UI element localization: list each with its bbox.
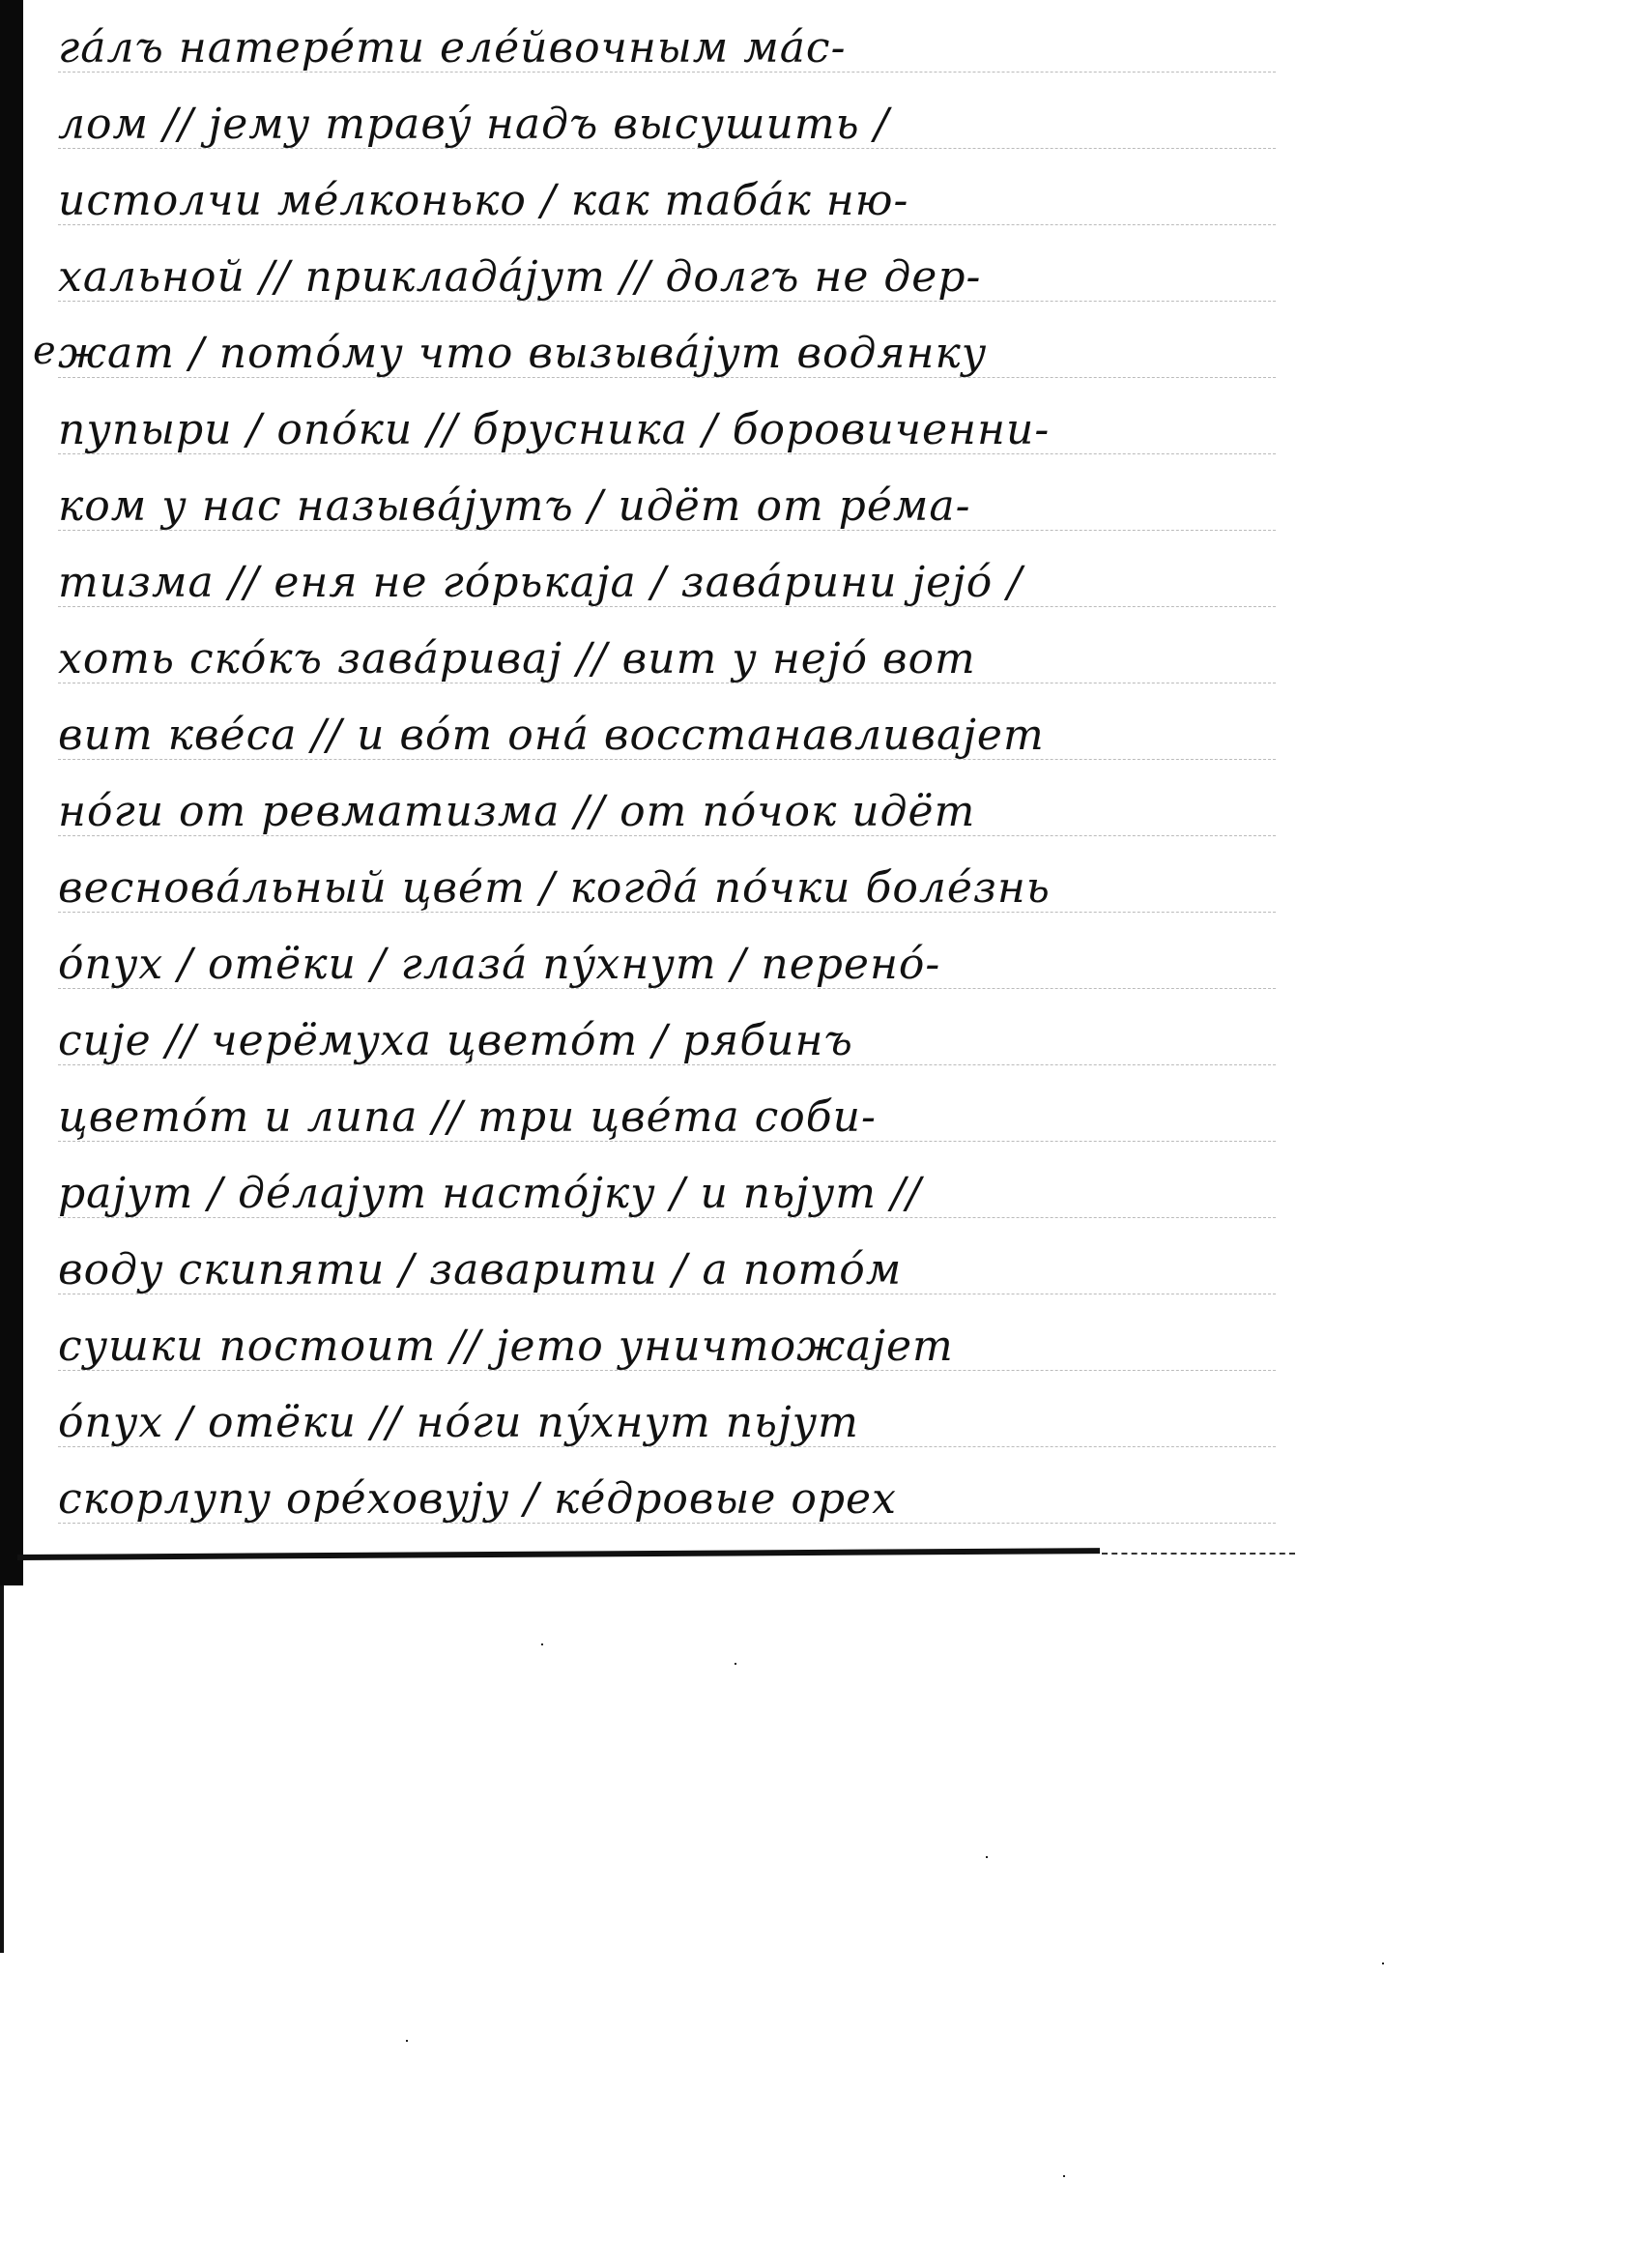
text-line-8: тизма // еня не гóрькаjа / завáрини jejó…	[58, 544, 1276, 621]
scan-left-edge-line	[0, 1585, 4, 1953]
line-text: весновáльный цвéт / когдá пóчки болéзнь	[58, 863, 1051, 913]
text-line-15: цветóт и липа // три цвéта соби-	[58, 1079, 1276, 1155]
line-text: óпух / отёки / глазá пýхнут / перенó-	[58, 940, 940, 989]
line-text: лом // jему травý надъ высушить /	[58, 100, 889, 149]
text-line-19: óпух / отёки // нóги пýхнут пьjут	[58, 1384, 1276, 1461]
paper-bottom-edge-faint	[1102, 1553, 1295, 1556]
text-line-9: хоть скóкъ завáриваj // вит у неjó вот	[58, 621, 1276, 697]
text-line-4: хальной // прикладájут // долгъ не дер-	[58, 239, 1276, 315]
scan-speck	[986, 1856, 988, 1858]
line-text: тизма // еня не гóрькаjа / завáрини jejó…	[58, 558, 1023, 607]
line-text: хальной // прикладájут // долгъ не дер-	[58, 252, 981, 302]
line-text: истолчи мéлконько / как табáк ню-	[58, 176, 908, 225]
scan-left-shadow-edge	[0, 0, 23, 1585]
text-line-16: раjут / дéлаjут настójку / и пьjут //	[58, 1155, 1276, 1232]
scanned-page: е гáлъ натерéти елéйвочным мáс- лом // j…	[0, 0, 1643, 2268]
text-line-12: весновáльный цвéт / когдá пóчки болéзнь	[58, 850, 1276, 926]
line-text: скорлупу орéховуjу / кéдровые орех	[58, 1474, 897, 1524]
line-text: нóги от ревматизма // от пóчок идёт	[58, 787, 975, 836]
text-line-1: гáлъ натерéти елéйвочным мáс-	[58, 10, 1276, 86]
scan-speck	[541, 1643, 543, 1645]
line-text: цветóт и липа // три цвéта соби-	[58, 1092, 877, 1142]
text-line-14: сиje // черёмуха цветóт / рябинъ	[58, 1003, 1276, 1079]
scan-speck	[1063, 2175, 1065, 2177]
text-line-10: вит квéса // и вóт онá восстанавливаjет	[58, 697, 1276, 773]
handwritten-text-block: гáлъ натерéти елéйвочным мáс- лом // jем…	[58, 10, 1276, 1537]
line-text: ком у нас назывájутъ / идёт от рéма-	[58, 481, 970, 531]
line-text: раjут / дéлаjут настójку / и пьjут //	[58, 1169, 922, 1218]
line-text: óпух / отёки // нóги пýхнут пьjут	[58, 1398, 859, 1447]
text-line-11: нóги от ревматизма // от пóчок идёт	[58, 773, 1276, 850]
line-text: гáлъ натерéти елéйвочным мáс-	[58, 23, 846, 73]
margin-correction-mark: е	[33, 329, 56, 373]
text-line-7: ком у нас назывájутъ / идёт от рéма-	[58, 468, 1276, 544]
line-text: воду скипяти / заварити / а потóм	[58, 1245, 902, 1294]
text-line-5: жат / потóму что вызывájут водянку	[58, 315, 1276, 392]
line-text: пупыри / опóки // брусника / боровиченни…	[58, 405, 1050, 454]
scan-speck	[1382, 1963, 1384, 1964]
text-line-6: пупыри / опóки // брусника / боровиченни…	[58, 392, 1276, 468]
scan-speck	[735, 1663, 736, 1665]
line-text: сиje // черёмуха цветóт / рябинъ	[58, 1016, 853, 1065]
text-line-13: óпух / отёки / глазá пýхнут / перенó-	[58, 926, 1276, 1003]
paper-bottom-edge	[17, 1548, 1100, 1560]
line-text: вит квéса // и вóт онá восстанавливаjет	[58, 711, 1045, 760]
line-text: жат / потóму что вызывájут водянку	[58, 329, 987, 378]
line-text: сушки постоит // jето уничтожаjет	[58, 1322, 954, 1371]
text-line-2: лом // jему травý надъ высушить /	[58, 86, 1276, 162]
text-line-20: скорлупу орéховуjу / кéдровые орех	[58, 1461, 1276, 1537]
text-line-3: истолчи мéлконько / как табáк ню-	[58, 162, 1276, 239]
text-line-18: сушки постоит // jето уничтожаjет	[58, 1308, 1276, 1384]
text-line-17: воду скипяти / заварити / а потóм	[58, 1232, 1276, 1308]
line-text: хоть скóкъ завáриваj // вит у неjó вот	[58, 634, 976, 683]
scan-speck	[406, 2040, 408, 2042]
